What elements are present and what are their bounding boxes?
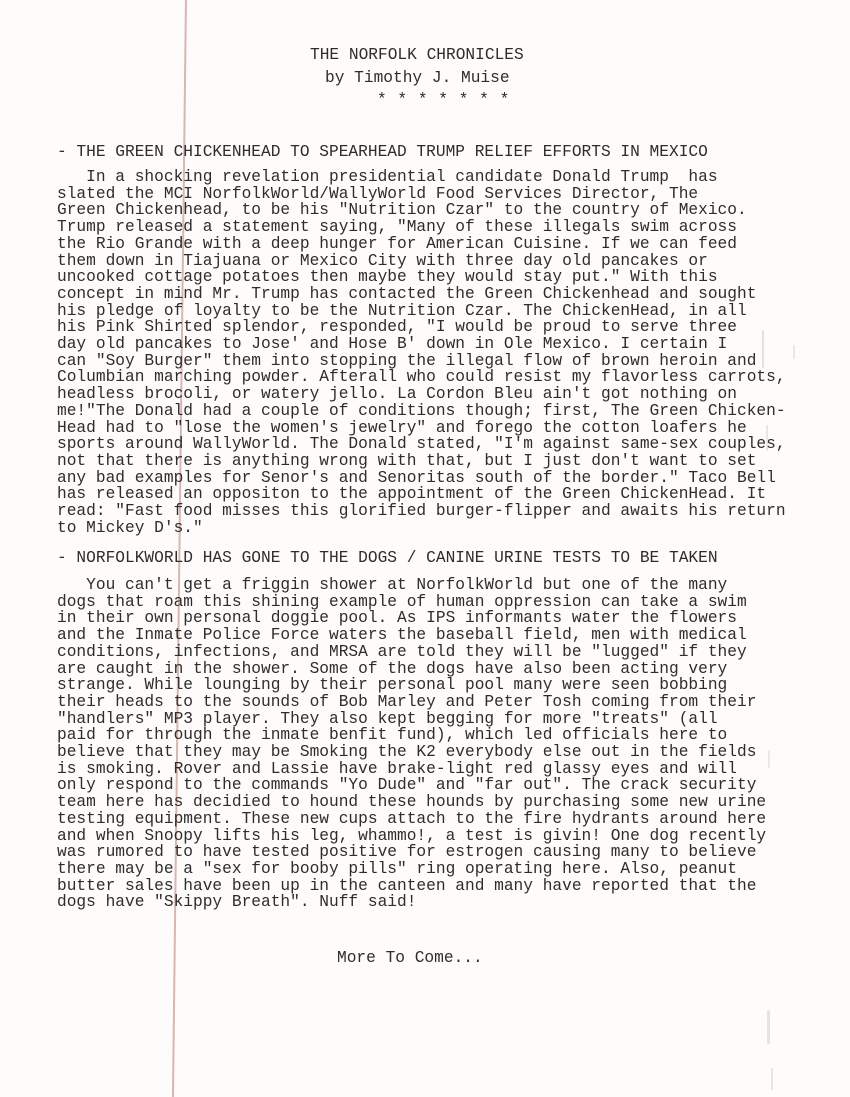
footer-note: More To Come... [337, 950, 483, 967]
byline: by Timothy J. Muise [325, 70, 510, 87]
article-2-headline: - NORFOLKWORLD HAS GONE TO THE DOGS / CA… [57, 550, 718, 567]
scan-smudge [793, 345, 795, 359]
page-title: THE NORFOLK CHRONICLES [310, 47, 524, 64]
article-2-body: You can't get a friggin shower at Norfol… [57, 577, 766, 911]
scan-smudge [762, 330, 764, 368]
divider-stars: * * * * * * * [377, 92, 510, 109]
scan-smudge [771, 1068, 773, 1090]
scan-smudge [767, 1010, 770, 1044]
article-1-body: In a shocking revelation presidential ca… [57, 169, 786, 536]
scan-smudge [768, 750, 770, 768]
scan-smudge [766, 425, 768, 451]
article-1-headline: - THE GREEN CHICKENHEAD TO SPEARHEAD TRU… [57, 144, 708, 161]
document-page: THE NORFOLK CHRONICLES by Timothy J. Mui… [0, 0, 850, 1097]
